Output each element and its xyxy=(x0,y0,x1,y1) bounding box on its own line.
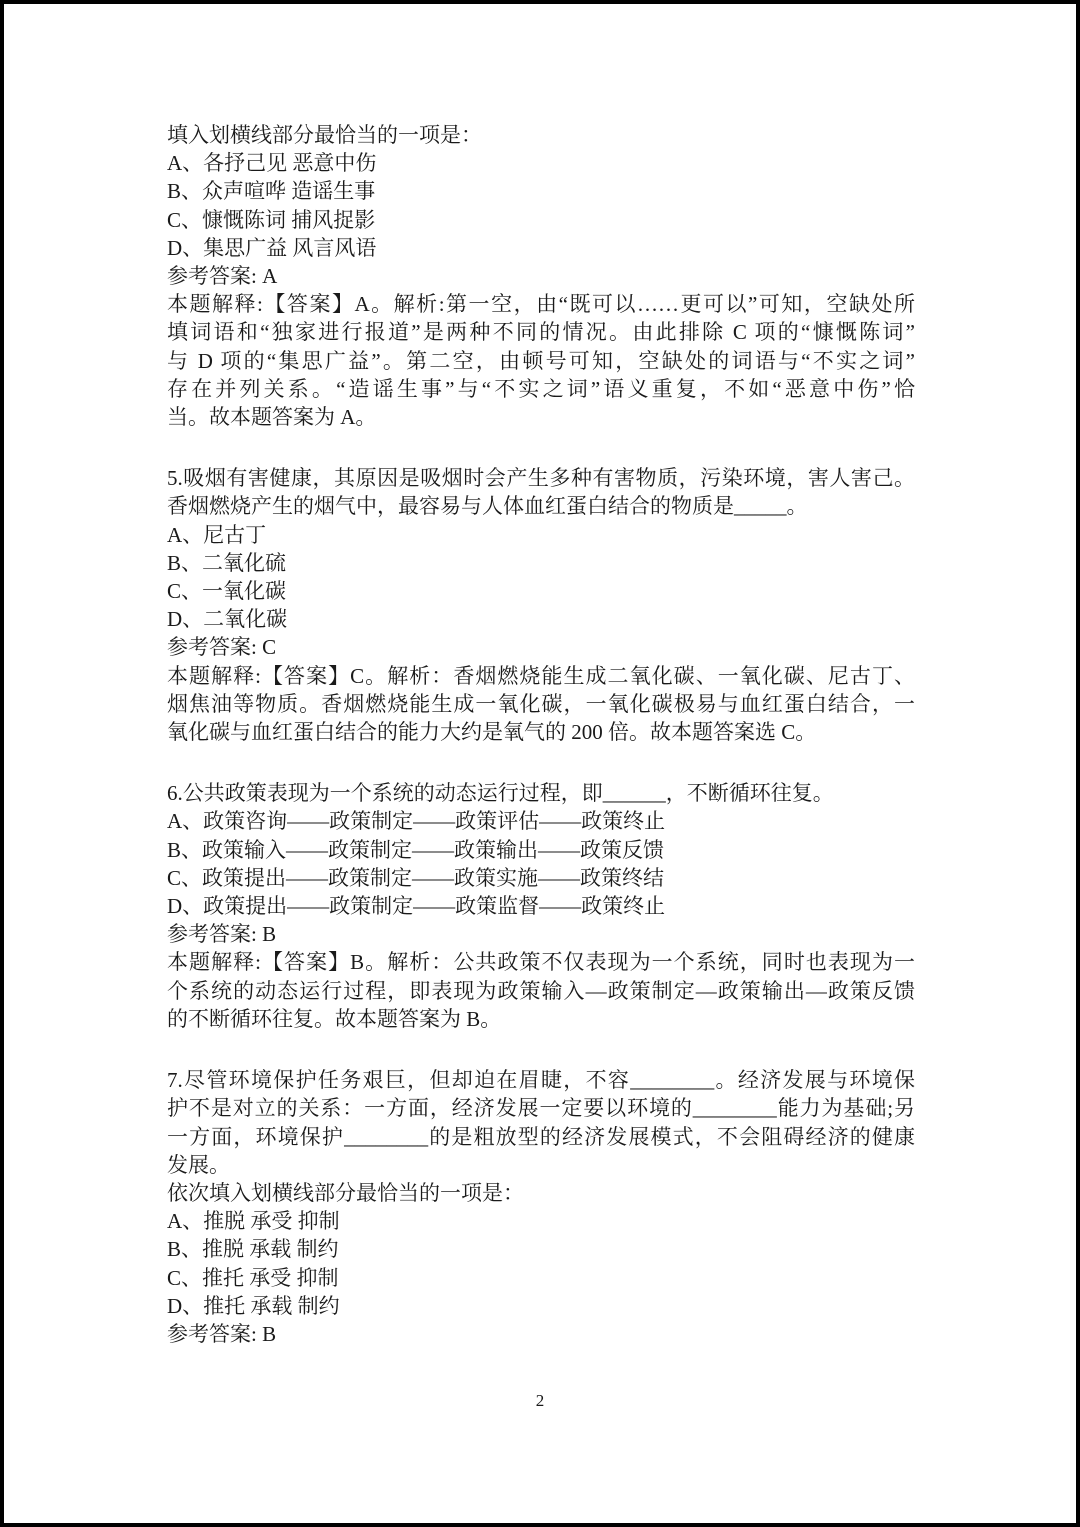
question-5-stem-line: 5.吸烟有害健康，其原因是吸烟时会产生多种有害物质，污染环境，害人害己。 xyxy=(167,464,915,492)
question-6-block: 6.公共政策表现为一个系统的动态运行过程，即______，不断循环往复。 A、政… xyxy=(167,779,915,1033)
question-4-option-c: C、慷慨陈词 捕风捉影 xyxy=(167,206,915,234)
question-7-option-a: A、推脱 承受 抑制 xyxy=(167,1207,915,1235)
question-5-explanation-line: 烟焦油等物质。香烟燃烧能生成一氧化碳，一氧化碳极易与血红蛋白结合，一 xyxy=(167,690,915,718)
question-4-explanation-line: 存在并列关系。“造谣生事”与“不实之词”语义重复，不如“恶意中伤”恰 xyxy=(167,375,915,403)
question-6-option-d: D、政策提出——政策制定——政策监督——政策终止 xyxy=(167,892,915,920)
question-4-explanation-line: 填词语和“独家进行报道”是两种不同的情况。由此排除 C 项的“慷慨陈词” xyxy=(167,318,915,346)
question-4-reference-answer: 参考答案: A xyxy=(167,262,915,290)
question-5-explanation-line: 氧化碳与血红蛋白结合的能力大约是氧气的 200 倍。故本题答案选 C。 xyxy=(167,718,915,746)
question-4-block: 填入划横线部分最恰当的一项是： A、各抒己见 恶意中伤 B、众声喧哗 造谣生事 … xyxy=(167,121,915,431)
question-7-option-c: C、推托 承受 抑制 xyxy=(167,1264,915,1292)
question-6-option-c: C、政策提出——政策制定——政策实施——政策终结 xyxy=(167,864,915,892)
question-5-option-b: B、二氧化硫 xyxy=(167,549,915,577)
page-body: 填入划横线部分最恰当的一项是： A、各抒己见 恶意中伤 B、众声喧哗 造谣生事 … xyxy=(167,121,915,1348)
question-4-prompt: 填入划横线部分最恰当的一项是： xyxy=(167,121,915,149)
question-7-stem-line: 护不是对立的关系：一方面，经济发展一定要以环境的________能力为基础;另 xyxy=(167,1094,915,1122)
question-4-explanation-line: 与 D 项的“集思广益”。第二空，由顿号可知，空缺处的词语与“不实之词” xyxy=(167,347,915,375)
question-6-explanation-line: 本题解释:【答案】B。解析：公共政策不仅表现为一个系统，同时也表现为一 xyxy=(167,948,915,976)
question-4-explanation-line: 本题解释:【答案】A。解析:第一空，由“既可以……更可以”可知，空缺处所 xyxy=(167,290,915,318)
question-5-option-c: C、一氧化碳 xyxy=(167,577,915,605)
question-7-stem-line: 发展。 xyxy=(167,1151,915,1179)
question-7-prompt: 依次填入划横线部分最恰当的一项是： xyxy=(167,1179,915,1207)
question-6-reference-answer: 参考答案: B xyxy=(167,920,915,948)
question-7-option-b: B、推脱 承载 制约 xyxy=(167,1235,915,1263)
question-4-option-a: A、各抒己见 恶意中伤 xyxy=(167,149,915,177)
document-page: 填入划横线部分最恰当的一项是： A、各抒己见 恶意中伤 B、众声喧哗 造谣生事 … xyxy=(0,0,1080,1527)
question-7-option-d: D、推托 承载 制约 xyxy=(167,1292,915,1320)
question-7-reference-answer: 参考答案: B xyxy=(167,1320,915,1348)
question-7-stem-line: 一方面，环境保护________的是粗放型的经济发展模式，不会阻碍经济的健康 xyxy=(167,1123,915,1151)
question-5-option-a: A、尼古丁 xyxy=(167,521,915,549)
question-5-block: 5.吸烟有害健康，其原因是吸烟时会产生多种有害物质，污染环境，害人害己。 香烟燃… xyxy=(167,464,915,746)
question-6-stem-line: 6.公共政策表现为一个系统的动态运行过程，即______，不断循环往复。 xyxy=(167,779,915,807)
question-5-stem-line: 香烟燃烧产生的烟气中，最容易与人体血红蛋白结合的物质是_____。 xyxy=(167,492,915,520)
question-6-explanation-line: 的不断循环往复。故本题答案为 B。 xyxy=(167,1005,915,1033)
question-4-option-d: D、集思广益 风言风语 xyxy=(167,234,915,262)
question-6-option-b: B、政策输入——政策制定——政策输出——政策反馈 xyxy=(167,836,915,864)
question-5-reference-answer: 参考答案: C xyxy=(167,633,915,661)
question-7-block: 7.尽管环境保护任务艰巨，但却迫在眉睫，不容________。经济发展与环境保 … xyxy=(167,1066,915,1348)
question-5-explanation-line: 本题解释:【答案】C。解析：香烟燃烧能生成二氧化碳、一氧化碳、尼古丁、 xyxy=(167,662,915,690)
question-7-stem-line: 7.尽管环境保护任务艰巨，但却迫在眉睫，不容________。经济发展与环境保 xyxy=(167,1066,915,1094)
question-4-explanation-line: 当。故本题答案为 A。 xyxy=(167,403,915,431)
question-6-explanation-line: 个系统的动态运行过程，即表现为政策输入—政策制定—政策输出—政策反馈 xyxy=(167,977,915,1005)
question-6-option-a: A、政策咨询——政策制定——政策评估——政策终止 xyxy=(167,807,915,835)
question-5-option-d: D、二氧化碳 xyxy=(167,605,915,633)
question-4-option-b: B、众声喧哗 造谣生事 xyxy=(167,177,915,205)
page-number: 2 xyxy=(4,1391,1076,1411)
